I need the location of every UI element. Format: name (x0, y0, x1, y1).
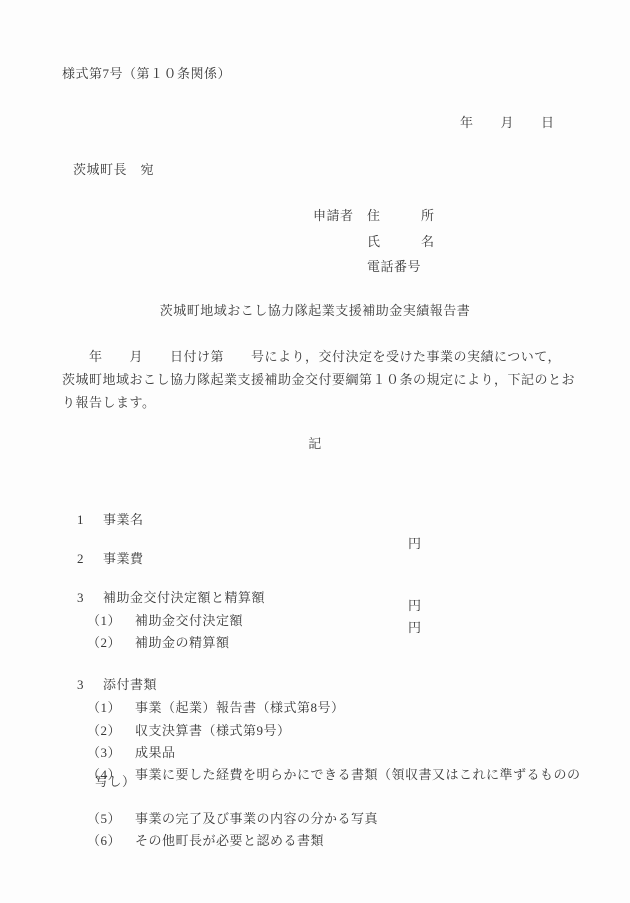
item-3-sub-2-label: 補助金の精算額 (135, 635, 230, 650)
item-3-sub-2-settled-amount: （2）補助金の精算額 (72, 620, 230, 665)
applicant-phone-line: 電話番号 (313, 259, 421, 274)
item-1-number: 1 (77, 512, 103, 527)
attachment-6-number: （6） (87, 833, 135, 848)
attachment-4-label: 事業に要した経費を明らかにできる書類（領収書又はこれに準ずるものの (135, 767, 581, 782)
attachment-6-other-docs: （6）その他町長が必要と認める書類 (72, 818, 324, 863)
item-1-label: 事業名 (103, 512, 144, 527)
document-title: 茨城町地域おこし協力隊起業支援補助金実績報告書 (0, 303, 630, 318)
item-2-yen-unit: 円 (408, 536, 422, 551)
body-paragraph-line-2: 茨城町地域おこし協力隊起業支援補助金交付要綱第１０条の規定により，下記のとお (62, 372, 575, 387)
item-3-sub-1-yen-unit: 円 (408, 598, 422, 613)
document-page: 様式第7号（第１０条関係） 年 月 日 茨城町長 宛 申請者 住 所 氏 名 電… (0, 0, 630, 903)
attachment-6-label: その他町長が必要と認める書類 (135, 833, 324, 848)
addressee: 茨城町長 宛 (73, 162, 154, 177)
body-paragraph-line-1: 年 月 日付け第 号により，交付決定を受けた事業の実績について， (62, 349, 561, 364)
applicant-address-line: 申請者 住 所 (313, 208, 435, 223)
applicant-name-line: 氏 名 (313, 234, 435, 249)
item-3-sub-2-number: （2） (87, 635, 135, 650)
item-3-sub-2-yen-unit: 円 (408, 620, 422, 635)
form-number: 様式第7号（第１０条関係） (62, 66, 231, 81)
date-placeholder: 年 月 日 (460, 115, 555, 130)
item-2-label: 事業費 (103, 551, 144, 566)
attachment-4-continuation: 写し） (95, 774, 136, 789)
body-paragraph-line-3: り報告します。 (62, 395, 155, 410)
attachment-4-expense-docs: （4）事業に要した経費を明らかにできる書類（領収書又はこれに準ずるものの (72, 752, 581, 797)
item-2-number: 2 (77, 551, 103, 566)
ki-marker: 記 (0, 436, 630, 451)
